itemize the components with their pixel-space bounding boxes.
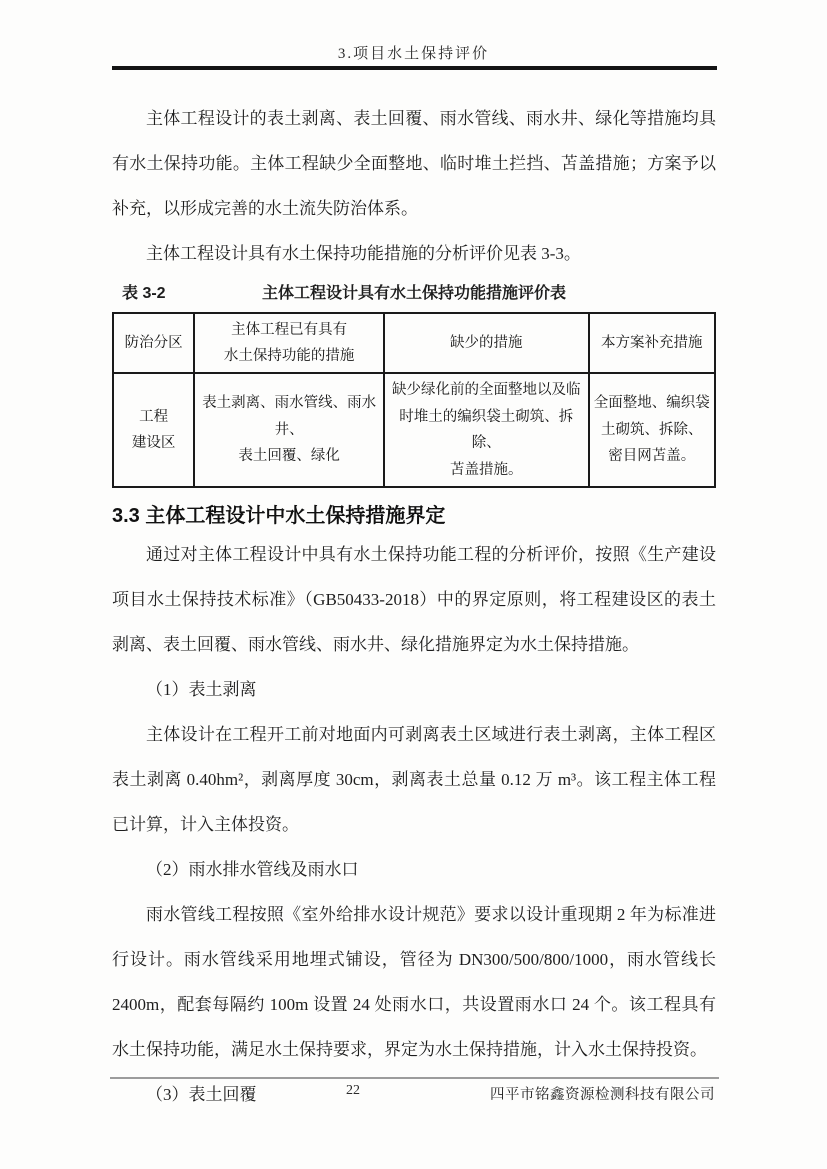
item-heading-1: （1）表土剥离 xyxy=(112,667,716,712)
table-cell-supplementary-measures: 全面整地、编织袋 土砌筑、拆除、 密目网苫盖。 xyxy=(589,373,715,487)
paragraph-overview: 主体工程设计的表土剥离、表土回覆、雨水管线、雨水井、绿化等措施均具有水土保持功能… xyxy=(112,96,716,231)
table-header-cell: 缺少的措施 xyxy=(384,313,589,373)
table-header-cell: 主体工程已有具有 水土保持功能的措施 xyxy=(194,313,384,373)
footer-rule xyxy=(110,1077,719,1079)
header-double-rule xyxy=(112,66,717,70)
paragraph-table-reference: 主体工程设计具有水土保持功能措施的分析评价见表 3-3。 xyxy=(112,231,716,276)
table-row: 工程 建设区 表土剥离、雨水管线、雨水井、 表土回覆、绿化 缺少绿化前的全面整地… xyxy=(113,373,715,487)
table-header-cell: 本方案补充措施 xyxy=(589,313,715,373)
document-page: 3.项目水土保持评价 主体工程设计的表土剥离、表土回覆、雨水管线、雨水井、绿化等… xyxy=(0,0,827,1169)
table-cell-zone: 工程 建设区 xyxy=(113,373,194,487)
section-heading-3-3: 3.3 主体工程设计中水土保持措施界定 xyxy=(112,500,716,532)
table-header-row: 防治分区 主体工程已有具有 水土保持功能的措施 缺少的措施 本方案补充措施 xyxy=(113,313,715,373)
table-cell-missing-measures: 缺少绿化前的全面整地以及临 时堆土的编织袋土砌筑、拆除、 苫盖措施。 xyxy=(384,373,589,487)
header-title: 3.项目水土保持评价 xyxy=(0,42,827,63)
footer-company-name: 四平市铭鑫资源检测科技有限公司 xyxy=(490,1083,715,1104)
paragraph-definition: 通过对主体工程设计中具有水土保持功能工程的分析评价，按照《生产建设项目水土保持技… xyxy=(112,532,716,667)
page-number: 22 xyxy=(340,1083,366,1099)
table-cell-existing-measures: 表土剥离、雨水管线、雨水井、 表土回覆、绿化 xyxy=(194,373,384,487)
page-content: 主体工程设计的表土剥离、表土回覆、雨水管线、雨水井、绿化等措施均具有水土保持功能… xyxy=(112,96,716,1117)
paragraph-topsoil-stripping: 主体设计在工程开工前对地面内可剥离表土区域进行表土剥离，主体工程区表土剥离 0.… xyxy=(112,712,716,847)
table-caption-label: 表 3-2 xyxy=(122,276,166,312)
item-heading-2: （2）雨水排水管线及雨水口 xyxy=(112,847,716,892)
paragraph-rainwater-pipeline: 雨水管线工程按照《室外给排水设计规范》要求以设计重现期 2 年为标准进行设计。雨… xyxy=(112,892,716,1072)
table-header-cell: 防治分区 xyxy=(113,313,194,373)
table-caption-title: 主体工程设计具有水土保持功能措施评价表 xyxy=(112,276,716,312)
table-caption: 表 3-2 主体工程设计具有水土保持功能措施评价表 xyxy=(112,276,716,312)
measures-evaluation-table: 防治分区 主体工程已有具有 水土保持功能的措施 缺少的措施 本方案补充措施 工程… xyxy=(112,312,716,488)
